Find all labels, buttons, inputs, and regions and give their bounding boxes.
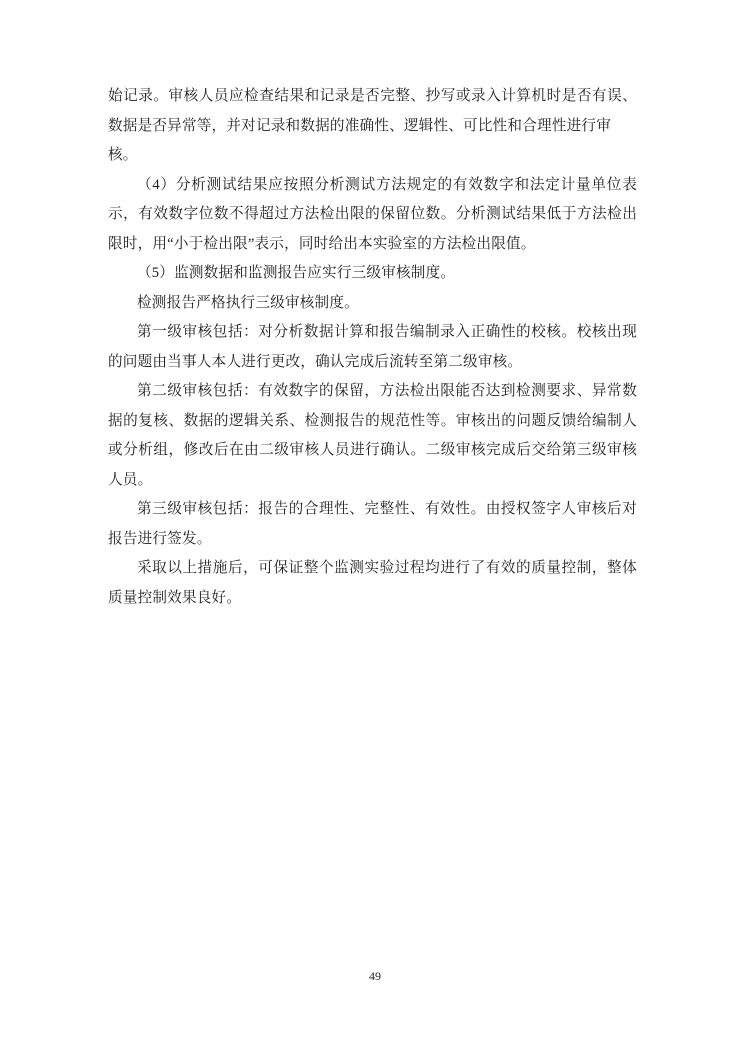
text-line: 检测报告严格执行三级审核制度。 [108,289,637,319]
paragraph-first-level-review: 第一级审核包括：对分析数据计算和报告编制录入正确性的校核。校核出现 的问题由当事… [108,318,637,377]
text-line: 第一级审核包括：对分析数据计算和报告编制录入正确性的校核。校核出现 [108,318,637,348]
paragraph-conclusion: 采取以上措施后，可保证整个监测实验过程均进行了有效的质量控制，整体 质量控制效果… [108,554,637,613]
paragraph-second-level-review: 第二级审核包括：有效数字的保留，方法检出限能否达到检测要求、异常数 据的复核、数… [108,377,637,495]
text-line: 数据是否异常等，并对记录和数据的准确性、逻辑性、可比性和合理性进行审核。 [108,112,637,171]
text-line: 报告进行签发。 [108,525,637,555]
text-line: （4）分析测试结果应按照分析测试方法规定的有效数字和法定计量单位表 [108,171,637,201]
text-line: （5）监测数据和监测报告应实行三级审核制度。 [108,259,637,289]
paragraph-item-5-three-level-review: （5）监测数据和监测报告应实行三级审核制度。 [108,259,637,289]
text-line: 质量控制效果良好。 [108,584,637,614]
paragraph-report-review-system: 检测报告严格执行三级审核制度。 [108,289,637,319]
paragraph-record-audit-continuation: 始记录。审核人员应检查结果和记录是否完整、抄写或录入计算机时是否有误、 数据是否… [108,82,637,171]
paragraph-item-4-analysis-results: （4）分析测试结果应按照分析测试方法规定的有效数字和法定计量单位表 示，有效数字… [108,171,637,260]
text-line: 或分析组，修改后在由二级审核人员进行确认。二级审核完成后交给第三级审核 [108,436,637,466]
paragraph-third-level-review: 第三级审核包括：报告的合理性、完整性、有效性。由授权签字人审核后对 报告进行签发… [108,495,637,554]
page-number: 49 [0,969,750,984]
document-body: 始记录。审核人员应检查结果和记录是否完整、抄写或录入计算机时是否有误、 数据是否… [108,82,637,613]
text-line: 的问题由当事人本人进行更改，确认完成后流转至第二级审核。 [108,348,637,378]
text-line: 采取以上措施后，可保证整个监测实验过程均进行了有效的质量控制，整体 [108,554,637,584]
text-line: 第二级审核包括：有效数字的保留，方法检出限能否达到检测要求、异常数 [108,377,637,407]
text-line: 第三级审核包括：报告的合理性、完整性、有效性。由授权签字人审核后对 [108,495,637,525]
document-page: 始记录。审核人员应检查结果和记录是否完整、抄写或录入计算机时是否有误、 数据是否… [0,0,750,1060]
text-line: 据的复核、数据的逻辑关系、检测报告的规范性等。审核出的问题反馈给编制人 [108,407,637,437]
text-line: 限时，用“小于检出限”表示，同时给出本实验室的方法检出限值。 [108,230,637,260]
text-line: 人员。 [108,466,637,496]
text-line: 始记录。审核人员应检查结果和记录是否完整、抄写或录入计算机时是否有误、 [108,82,637,112]
text-line: 示，有效数字位数不得超过方法检出限的保留位数。分析测试结果低于方法检出 [108,200,637,230]
